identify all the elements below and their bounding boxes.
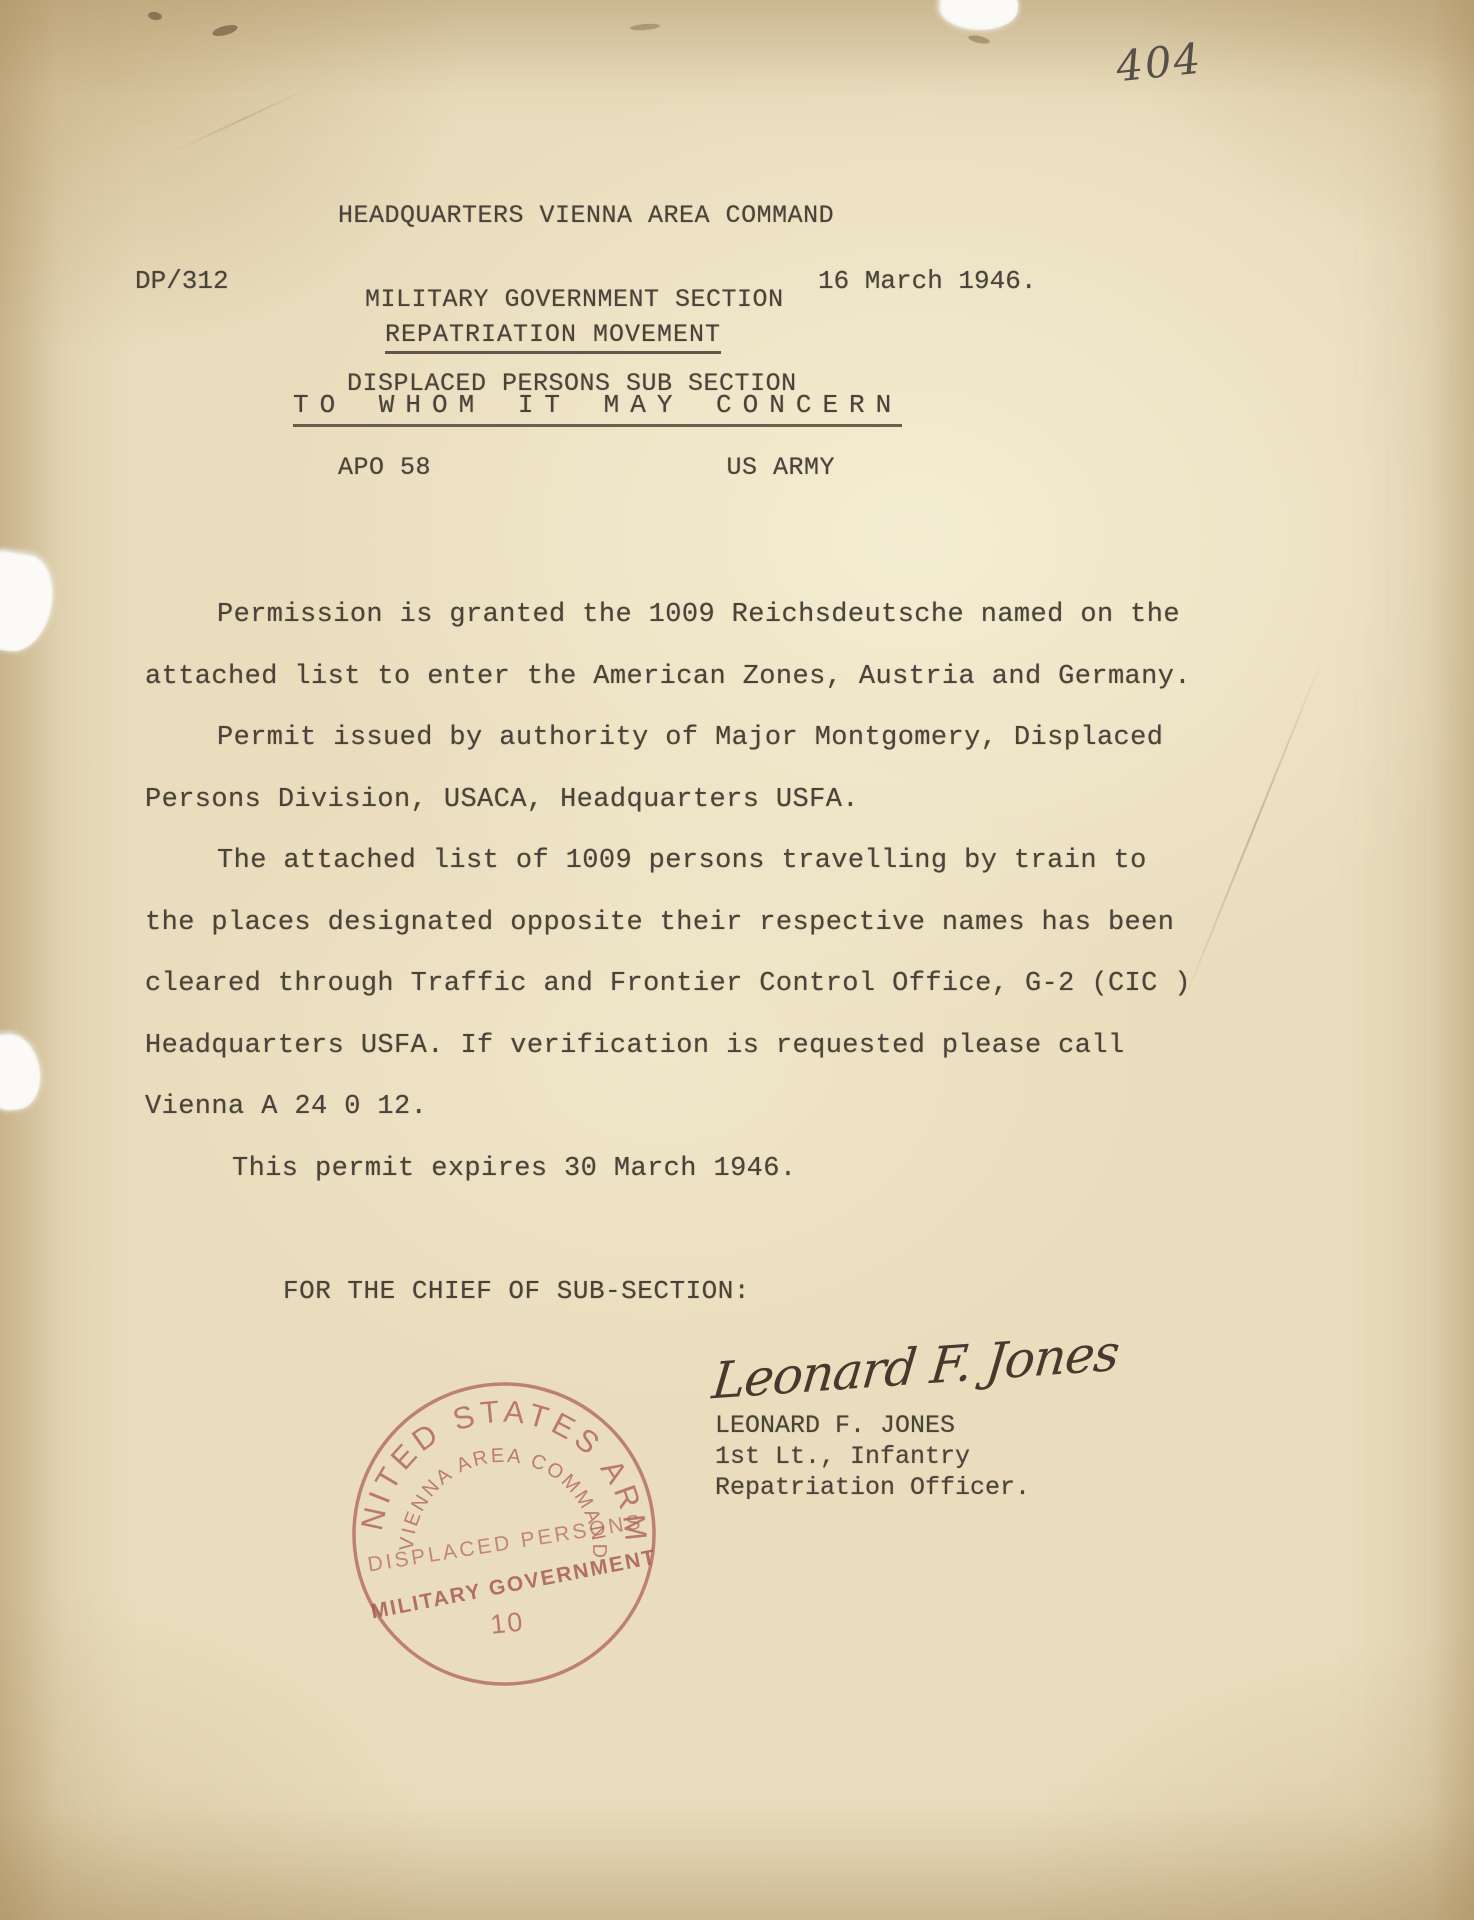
reference-number: DP/312 xyxy=(135,266,229,296)
body-line: Vienna A 24 0 12. xyxy=(145,1077,1155,1139)
body-line: Permit issued by authority of Major Mont… xyxy=(145,708,1155,770)
apo-number: APO 58 xyxy=(338,454,431,482)
closing-line: FOR THE CHIEF OF SUB-SECTION: xyxy=(283,1276,750,1306)
paper-crease xyxy=(1181,653,1325,1006)
salutation-heading: TO WHOM IT MAY CONCERN xyxy=(293,390,902,427)
paper-tear xyxy=(0,548,59,656)
paper-speck xyxy=(630,23,660,32)
handwritten-page-number: 404 xyxy=(1114,34,1205,92)
army-rubber-stamp: UNITED STATES ARMY VIENNA AREA COMMAND D… xyxy=(319,1349,688,1718)
paper-tear xyxy=(0,1029,44,1112)
body-line: Headquarters USFA. If verification is re… xyxy=(145,1016,1155,1078)
document-date: 16 March 1946. xyxy=(818,266,1036,296)
scanned-document-page: 404 HEADQUARTERS VIENNA AREA COMMAND MIL… xyxy=(0,0,1474,1920)
body-line: attached list to enter the American Zone… xyxy=(145,647,1155,709)
letter-body: Permission is granted the 1009 Reichsdeu… xyxy=(145,585,1155,1200)
handwritten-signature: Leonard F. Jones xyxy=(709,1324,1121,1411)
body-line: Persons Division, USACA, Headquarters US… xyxy=(145,770,1155,832)
letterhead-line-1: HEADQUARTERS VIENNA AREA COMMAND xyxy=(338,202,835,230)
letterhead-line-2: MILITARY GOVERNMENT SECTION xyxy=(338,286,835,314)
signer-name: LEONARD F. JONES xyxy=(715,1410,1030,1441)
signature-block: LEONARD F. JONES 1st Lt., Infantry Repat… xyxy=(715,1410,1030,1503)
body-line: the places designated opposite their res… xyxy=(145,893,1155,955)
subject-heading: REPATRIATION MOVEMENT xyxy=(385,320,721,354)
paper-speck xyxy=(211,23,238,38)
letterhead-line-4: APO 58 US ARMY xyxy=(338,454,835,482)
body-line: cleared through Traffic and Frontier Con… xyxy=(145,954,1155,1016)
army-label: US ARMY xyxy=(726,454,835,482)
paper-crease xyxy=(168,85,314,154)
body-line: The attached list of 1009 persons travel… xyxy=(145,831,1155,893)
signer-title: Repatriation Officer. xyxy=(715,1472,1030,1503)
signer-rank: 1st Lt., Infantry xyxy=(715,1441,1030,1472)
paper-tear xyxy=(937,0,1020,33)
stamp-number: 10 xyxy=(489,1606,526,1639)
body-line: Permission is granted the 1009 Reichsdeu… xyxy=(145,585,1155,647)
paper-speck xyxy=(147,11,162,21)
body-line: This permit expires 30 March 1946. xyxy=(145,1139,1155,1201)
stamp-graphic: UNITED STATES ARMY VIENNA AREA COMMAND D… xyxy=(319,1349,688,1718)
paper-speck xyxy=(968,34,991,45)
